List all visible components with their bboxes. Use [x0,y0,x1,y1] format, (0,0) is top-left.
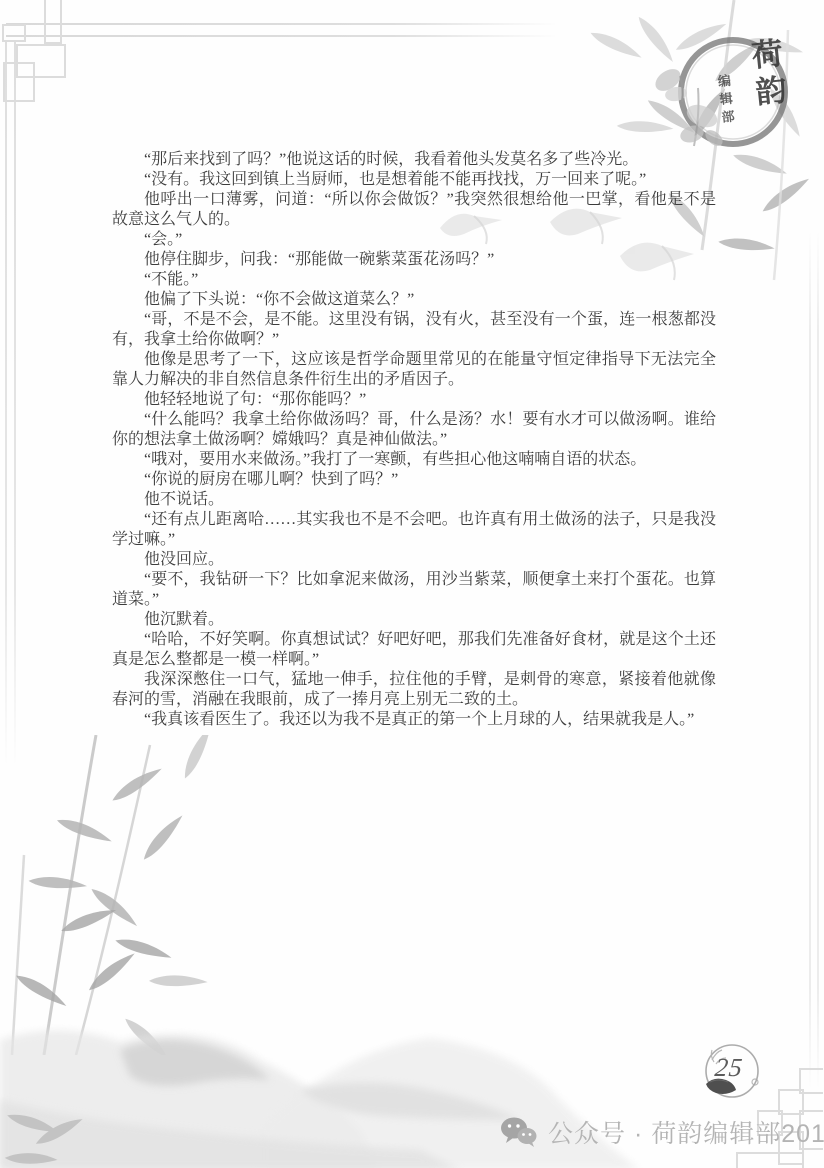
lattice-square [16,44,66,78]
paragraph: 他像是思考了一下，这应该是哲学命题里常见的在能量守恒定律指导下无法完全靠人力解决… [112,350,716,390]
paragraph: 他不说话。 [112,490,716,510]
paragraph: “哈哈，不好笑啊。你真想试试？好吧好吧，那我们先准备好食材，就是这个土还真是怎么… [112,630,716,670]
logo-title: 荷韵 [740,36,792,114]
paragraph: 他停住脚步，问我：“那能做一碗紫菜蛋花汤吗？” [112,250,716,270]
bamboo-icon [0,735,270,1055]
paragraph: “不能。” [112,270,716,290]
paragraph: “还有点儿距离哈……其实我也不是不会吧。也许真有用土做汤的法子，只是我没学过嘛。… [112,510,716,550]
lattice-square [3,62,35,102]
lattice-square [778,1089,804,1115]
frame-line-right [809,230,811,1090]
watermark: 公众号 · 荷韵编辑部2015 [500,1114,824,1150]
page-number: 25 [713,1053,744,1083]
bamboo-bottom-left [0,735,270,1060]
paragraph: 他没回应。 [112,550,716,570]
frame-line-top [6,23,558,25]
paragraph: 他轻轻地说了句：“那你能吗？” [112,390,716,410]
paragraph: 我深深憋住一口气，猛地一伸手，拉住他的手臂，是刺骨的寒意，紧接着他就像春河的雪，… [112,670,716,710]
lattice-square [2,24,26,42]
paragraph: “你说的厨房在哪儿啊？快到了吗？” [112,470,716,490]
paragraph: 他偏了下头说：“你不会做这道菜么？” [112,290,716,310]
paragraph: “我真该看医生了。我还以为我不是真正的第一个上月球的人，结果就我是人。” [112,710,716,730]
frame-line-top-2 [6,35,558,37]
paragraph: 他沉默着。 [112,610,716,630]
paragraph: “哦对，要用水来做汤。”我打了一寒颤，有些担心他这喃喃自语的状态。 [112,450,716,470]
magazine-page: 荷韵 编辑部 “那后来找到了吗？”他说这话的时候，我看着他头发莫名多了些冷光。“… [0,0,824,1168]
paragraph: “会。” [112,230,716,250]
lattice-square [799,1068,823,1094]
paragraph: “没有。我这回到镇上当厨师，也是想着能不能再找找，万一回来了呢。” [112,170,716,190]
frame-line-left [5,40,7,768]
paragraph: “什么能吗？我拿土给你做汤吗？哥，什么是汤？水！要有水才可以做汤啊。谁给你的想法… [112,410,716,450]
story-text: “那后来找到了吗？”他说这话的时候，我看着他头发莫名多了些冷光。“没有。我这回到… [112,150,716,730]
frame-line-left-2 [14,40,16,768]
paragraph: “哥，不是不会，是不能。这里没有锅，没有火，甚至没有一个蛋，连一根葱都没有，我拿… [112,310,716,350]
wechat-icon [500,1116,538,1148]
frame-line-right-2 [817,230,819,1090]
paragraph: 他呼出一口薄雾，问道：“所以你会做饭？”我突然很想给他一巴掌，看他是不是故意这么… [112,190,716,230]
page-number-badge: 25 [698,1038,766,1106]
lattice-square [736,1152,804,1168]
lattice-square [44,0,62,44]
watermark-text: 公众号 · 荷韵编辑部2015 [548,1114,824,1150]
paragraph: “要不，我钻研一下？比如拿泥来做汤，用沙当紫菜，顺便拿土来打个蛋花。也算道菜。” [112,570,716,610]
paragraph: “那后来找到了吗？”他说这话的时候，我看着他头发莫名多了些冷光。 [112,150,716,170]
